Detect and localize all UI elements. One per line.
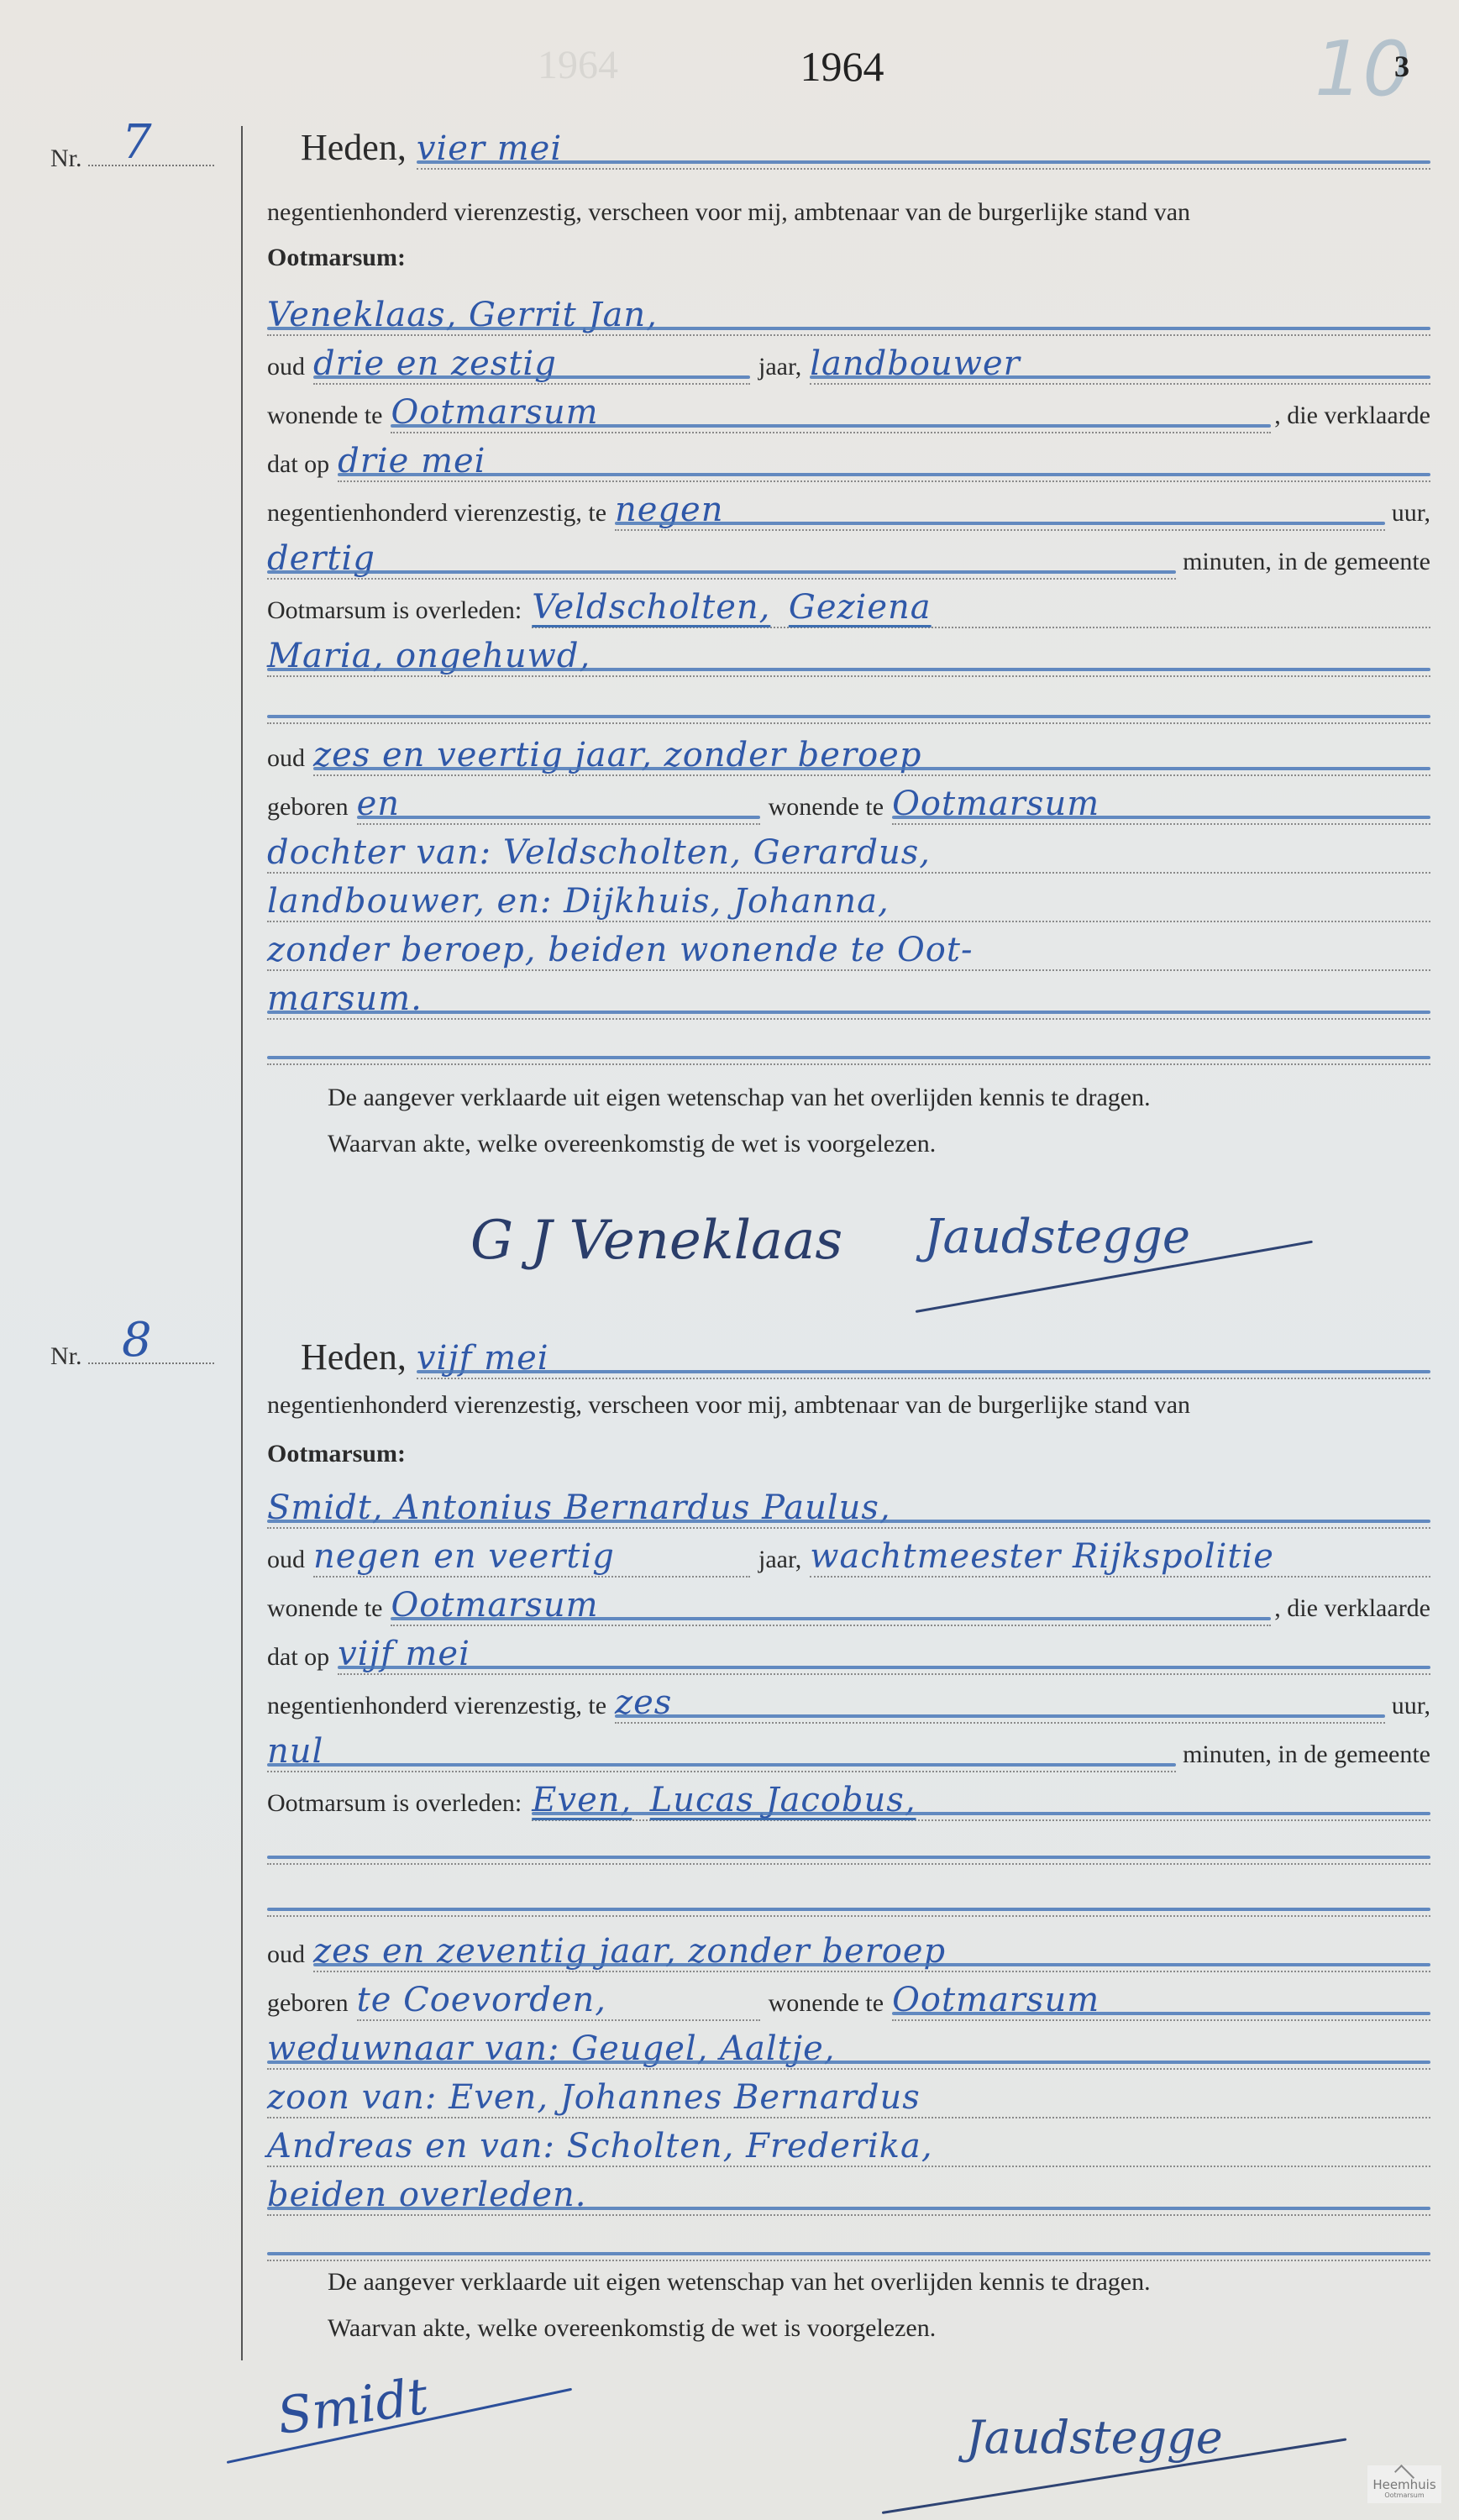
line-appearance: negentienhonderd vierenzestig, verscheen… <box>267 1391 1430 1438</box>
declarant-residence-line: wonende te Ootmarsum , die verklaarde <box>267 393 1430 440</box>
deceased-name-line: Ootmarsum is overleden: Even, Lucas Jaco… <box>267 1781 1430 1828</box>
registration-date-field: vijf mei <box>417 1339 1430 1379</box>
birthplace-field: te Coevorden, <box>357 1981 760 2021</box>
heden-line: Heden, vier mei <box>267 126 1430 173</box>
deceased-name-field: Even, Lucas Jacobus, <box>532 1781 1430 1821</box>
declarant-age-field: drie en zestig <box>313 344 750 385</box>
signature-declarant: G J Veneklaas <box>470 1210 842 1272</box>
blank-line <box>267 1882 1430 1929</box>
nr-label: Nr. <box>50 1342 82 1370</box>
declarant-name-field: Veneklaas, Gerrit Jan, <box>267 296 1430 336</box>
parents-line-1: weduwnaar van: Geugel, Aaltje, <box>267 2029 1430 2076</box>
declarant-residence-line: wonende te Ootmarsum , die verklaarde <box>267 1586 1430 1633</box>
declarant-occupation-field: wachtmeester Rijkspolitie <box>810 1537 1430 1578</box>
death-minutes-line: dertig minuten, in de gemeente <box>267 539 1430 586</box>
declarant-residence-field: Ootmarsum <box>391 393 1271 433</box>
signature-official: Jaudstegge <box>966 2411 1223 2464</box>
margin-rule <box>241 126 243 2360</box>
nr-label: Nr. <box>50 144 82 172</box>
death-hour-line: negentienhonderd vierenzestig, te negen … <box>267 491 1430 538</box>
death-minutes-line: nul minuten, in de gemeente <box>267 1732 1430 1779</box>
municipality-label: Ootmarsum: <box>267 1440 1430 1487</box>
deceased-age-line: oud zes en zeventig jaar, zonder beroep <box>267 1932 1430 1979</box>
parents-line-3: zonder beroep, beiden wonende te Oot- <box>267 931 1430 978</box>
birth-residence-line: geboren te Coevorden, wonende te Ootmars… <box>267 1981 1430 2028</box>
heemhuis-watermark: Heemhuis Ootmarsum <box>1367 2465 1441 2503</box>
deceased-age-field: zes en veertig jaar, zonder beroep <box>313 736 1430 776</box>
closing-statement-2: Waarvan akte, welke overeenkomstig de we… <box>328 2314 936 2343</box>
blank-line <box>267 1830 1430 1877</box>
record-number-value: 8 <box>122 1313 153 1368</box>
declarant-age-line: oud drie en zestig jaar, landbouwer <box>267 344 1430 391</box>
parents-line-3: Andreas en van: Scholten, Frederika, <box>267 2127 1430 2174</box>
record-number-7: Nr. 7 <box>50 144 214 173</box>
deceased-age-line: oud zes en veertig jaar, zonder beroep <box>267 736 1430 783</box>
closing-statement-1: De aangever verklaarde uit eigen wetensc… <box>328 2268 1151 2297</box>
death-minutes-field: nul <box>267 1732 1176 1772</box>
death-hour-field: negen <box>615 491 1385 531</box>
municipality-label: Ootmarsum: <box>267 244 1430 291</box>
record-number-value: 7 <box>122 115 153 170</box>
page-number: 3 <box>1394 49 1409 84</box>
declarant-residence-field: Ootmarsum <box>391 1586 1271 1626</box>
deceased-name-continued: Maria, ongehuwd, <box>267 637 1430 677</box>
declarant-occupation-field: landbouwer <box>810 344 1430 385</box>
parents-line-4: beiden overleden. <box>267 2176 1430 2223</box>
death-minutes-field: dertig <box>267 539 1176 580</box>
birth-residence-line: geboren en wonende te Ootmarsum <box>267 785 1430 832</box>
signature-official: Jaudstegge <box>924 1210 1190 1264</box>
deceased-name-line-2: Maria, ongehuwd, <box>267 637 1430 684</box>
death-date-line: dat op vijf mei <box>267 1635 1430 1682</box>
death-date-field: vijf mei <box>338 1635 1430 1675</box>
record-number-8: Nr. 8 <box>50 1342 214 1371</box>
residence-field: Ootmarsum <box>892 1981 1430 2021</box>
closing-statement-1: De aangever verklaarde uit eigen wetensc… <box>328 1084 1151 1112</box>
residence-field: Ootmarsum <box>892 785 1430 825</box>
heden-label: Heden, <box>301 126 407 169</box>
blank-line <box>267 689 1430 736</box>
declarant-name-field: Smidt, Antonius Bernardus Paulus, <box>267 1488 1430 1529</box>
closing-rule <box>267 1030 1430 1077</box>
line-appearance: negentienhonderd vierenzestig, verscheen… <box>267 198 1430 245</box>
deceased-age-field: zes en zeventig jaar, zonder beroep <box>313 1932 1430 1972</box>
death-date-field: drie mei <box>338 442 1430 482</box>
parents-line-1: dochter van: Veldscholten, Gerardus, <box>267 833 1430 880</box>
death-date-line: dat op drie mei <box>267 442 1430 489</box>
parents-line-2: zoon van: Even, Johannes Bernardus <box>267 2078 1430 2125</box>
deceased-name-field: Veldscholten, Geziena <box>532 588 1430 628</box>
declarant-age-field: negen en veertig <box>313 1537 750 1578</box>
register-year: 1964 <box>0 42 1459 91</box>
heden-line: Heden, vijf mei <box>267 1336 1430 1383</box>
birthplace-field: en <box>357 785 760 825</box>
parents-line-4: marsum. <box>267 979 1430 1026</box>
declarant-age-line: oud negen en veertig jaar, wachtmeester … <box>267 1537 1430 1584</box>
registration-date-field: vier mei <box>417 129 1430 170</box>
closing-rule <box>267 2226 1430 2273</box>
closing-statement-2: Waarvan akte, welke overeenkomstig de we… <box>328 1130 936 1158</box>
parents-line-2: landbouwer, en: Dijkhuis, Johanna, <box>267 882 1430 929</box>
deceased-name-line: Ootmarsum is overleden: Veldscholten, Ge… <box>267 588 1430 635</box>
death-hour-line: negentienhonderd vierenzestig, te zes uu… <box>267 1683 1430 1730</box>
declarant-name-line: Smidt, Antonius Bernardus Paulus, <box>267 1488 1430 1536</box>
death-hour-field: zes <box>615 1683 1385 1724</box>
declarant-name-line: Veneklaas, Gerrit Jan, <box>267 296 1430 343</box>
